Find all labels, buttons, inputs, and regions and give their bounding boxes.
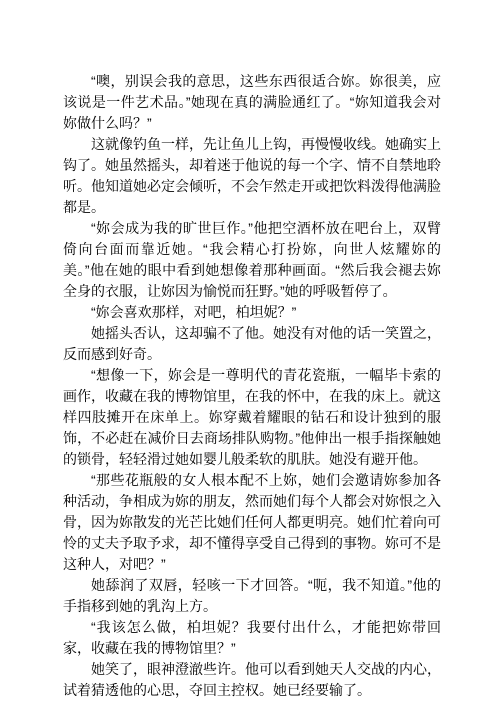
paragraph-3: “妳会成为我的旷世巨作。”他把空酒杯放在吧台上，双臂倚向台面而靠近她。“我会精心… xyxy=(63,218,441,302)
paragraph-2: 这就像钓鱼一样，先让鱼儿上钩，再慢慢收线。她确实上钩了。她虽然摇头，却着迷于他说… xyxy=(63,134,441,218)
text-block: “噢，别误会我的意思，这些东西很适合妳。妳很美，应该说是一件艺术品。”她现在真的… xyxy=(63,71,441,701)
paragraph-5: 她摇头否认，这却骗不了他。她没有对他的话一笑置之，反而感到好奇。 xyxy=(63,323,441,365)
paragraph-1: “噢，别误会我的意思，这些东西很适合妳。妳很美，应该说是一件艺术品。”她现在真的… xyxy=(63,71,441,134)
ebook-page: “噢，别误会我的意思，这些东西很适合妳。妳很美，应该说是一件艺术品。”她现在真的… xyxy=(0,0,503,715)
paragraph-10: 她笑了，眼神澄澈些许。他可以看到她天人交战的内心，试着猜透他的心思，夺回主控权。… xyxy=(63,659,441,701)
paragraph-6: “想像一下，妳会是一尊明代的青花瓷瓶，一幅毕卡索的画作，收藏在我的博物馆里，在我… xyxy=(63,365,441,470)
paragraph-4: “妳会喜欢那样，对吧，柏坦妮？” xyxy=(63,302,441,323)
paragraph-9: “我该怎么做，柏坦妮？我要付出什么，才能把妳带回家，收藏在我的博物馆里？” xyxy=(63,617,441,659)
paragraph-8: 她舔润了双唇，轻咳一下才回答。“呃，我不知道。”他的手指移到她的乳沟上方。 xyxy=(63,575,441,617)
paragraph-7: “那些花瓶般的女人根本配不上妳，她们会邀请妳参加各种活动，争相成为妳的朋友，然而… xyxy=(63,470,441,575)
